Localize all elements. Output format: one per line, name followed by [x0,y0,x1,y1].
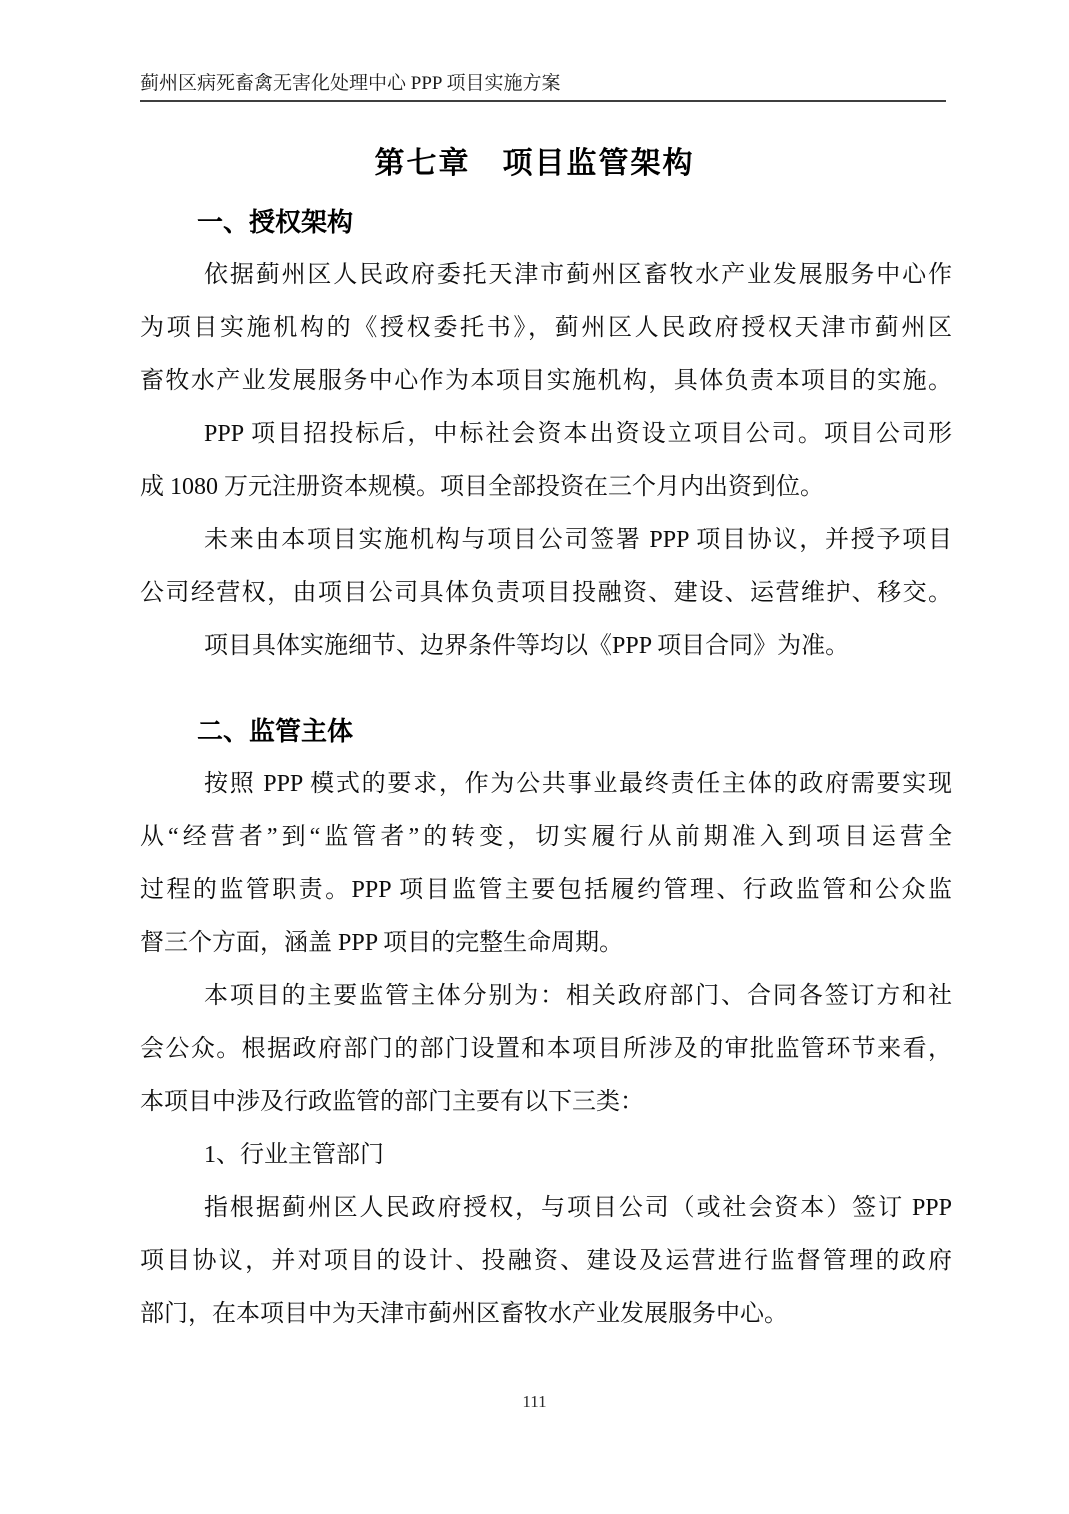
list-item-heading: 1、行业主管部门 [140,1129,952,1182]
body-line: 为项目实施机构的《授权委托书》，蓟州区人民政府授权天津市蓟州区 [140,302,952,355]
body-line: 从“经营者”到“监管者”的转变，切实履行从前期准入到项目运营全 [140,811,952,864]
running-header: 蓟州区病死畜禽无害化处理中心 PPP 项目实施方案 [140,72,946,102]
body-line: 畜牧水产业发展服务中心作为本项目实施机构，具体负责本项目的实施。 [140,355,952,408]
body-line: 成 1080 万元注册资本规模。项目全部投资在三个月内出资到位。 [140,461,952,514]
body-line: PPP 项目招投标后，中标社会资本出资设立项目公司。项目公司形 [140,408,952,461]
body-line: 督三个方面，涵盖 PPP 项目的完整生命周期。 [140,917,952,970]
chapter-title: 第七章 项目监管架构 [0,138,1069,182]
body-line: 项目具体实施细节、边界条件等均以《PPP 项目合同》为准。 [140,620,952,673]
body-line: 项目协议，并对项目的设计、投融资、建设及运营进行监督管理的政府 [140,1235,952,1288]
section-heading-supervision: 二、监管主体 [140,705,952,758]
body-line: 过程的监管职责。PPP 项目监管主要包括履约管理、行政监管和公众监 [140,864,952,917]
document-body: 一、授权架构 依据蓟州区人民政府委托天津市蓟州区畜牧水产业发展服务中心作 为项目… [140,196,952,1341]
body-line: 本项目中涉及行政监管的部门主要有以下三类： [140,1076,952,1129]
body-line: 部门，在本项目中为天津市蓟州区畜牧水产业发展服务中心。 [140,1288,952,1341]
body-line: 指根据蓟州区人民政府授权，与项目公司（或社会资本）签订 PPP [140,1182,952,1235]
body-line: 公司经营权，由项目公司具体负责项目投融资、建设、运营维护、移交。 [140,567,952,620]
body-line: 按照 PPP 模式的要求，作为公共事业最终责任主体的政府需要实现 [140,758,952,811]
body-line: 未来由本项目实施机构与项目公司签署 PPP 项目协议，并授予项目 [140,514,952,567]
body-line: 本项目的主要监管主体分别为：相关政府部门、合同各签订方和社 [140,970,952,1023]
page-number: 111 [0,1392,1069,1412]
body-line: 会公众。根据政府部门的部门设置和本项目所涉及的审批监管环节来看， [140,1023,952,1076]
body-line: 依据蓟州区人民政府委托天津市蓟州区畜牧水产业发展服务中心作 [140,249,952,302]
section-heading-authorization: 一、授权架构 [140,196,952,249]
